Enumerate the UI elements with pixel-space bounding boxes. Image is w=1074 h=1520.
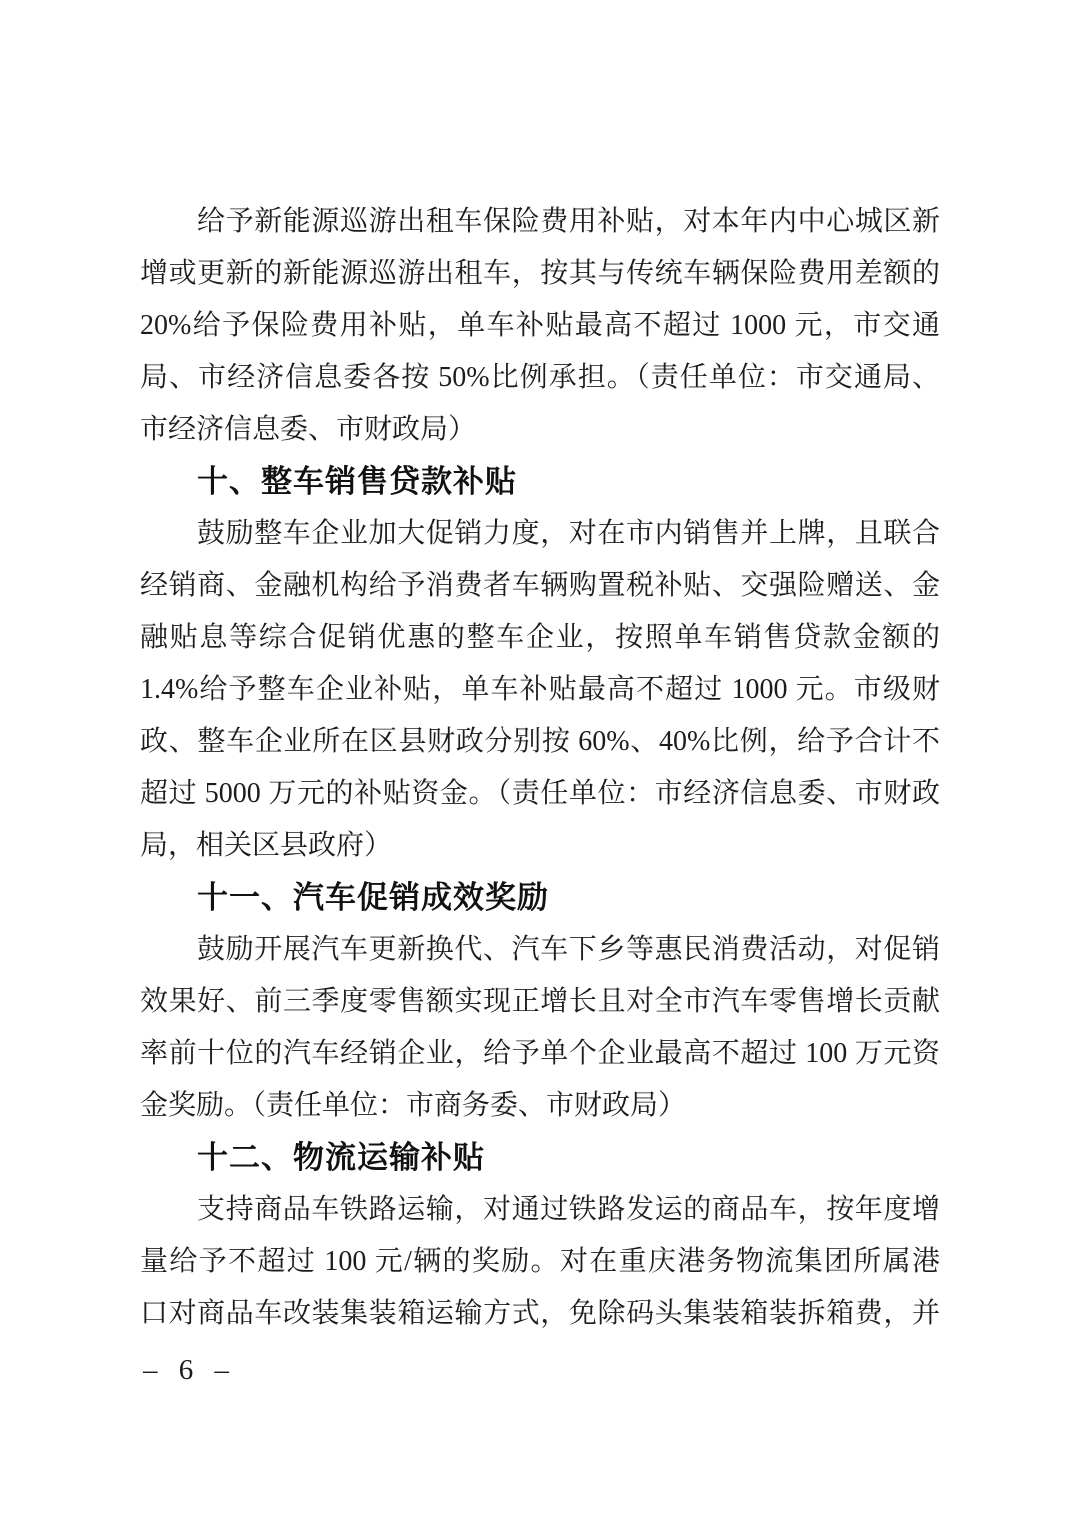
text-line: 20%给予保险费用补贴，单车补贴最高不超过 1000 元，市交通 [140,300,940,352]
text-line: 口对商品车改装集装箱运输方式，免除码头集装箱装拆箱费，并 [140,1288,940,1340]
document-body: 给予新能源巡游出租车保险费用补贴，对本年内中心城区新增或更新的新能源巡游出租车，… [140,196,940,1340]
text-line: 量给予不超过 100 元/辆的奖励。对在重庆港务物流集团所属港 [140,1236,940,1288]
text-line: 鼓励整车企业加大促销力度，对在市内销售并上牌，且联合 [140,508,940,560]
text-line: 增或更新的新能源巡游出租车，按其与传统车辆保险费用差额的 [140,248,940,300]
text-line: 给予新能源巡游出租车保险费用补贴，对本年内中心城区新 [140,196,940,248]
text-line: 鼓励开展汽车更新换代、汽车下乡等惠民消费活动，对促销 [140,924,940,976]
text-line: 市经济信息委、市财政局） [140,404,940,456]
document-page: 给予新能源巡游出租车保险费用补贴，对本年内中心城区新增或更新的新能源巡游出租车，… [0,0,1074,1520]
text-line: 局，相关区县政府） [140,820,940,872]
text-line: 支持商品车铁路运输，对通过铁路发运的商品车，按年度增 [140,1184,940,1236]
text-line: 1.4%给予整车企业补贴，单车补贴最高不超过 1000 元。市级财 [140,664,940,716]
text-line: 效果好、前三季度零售额实现正增长且对全市汽车零售增长贡献 [140,976,940,1028]
section-heading: 十一、汽车促销成效奖励 [140,872,940,924]
section-heading: 十二、物流运输补贴 [140,1132,940,1184]
text-line: 政、整车企业所在区县财政分别按 60%、40%比例，给予合计不 [140,716,940,768]
text-line: 局、市经济信息委各按 50%比例承担。（责任单位：市交通局、 [140,352,940,404]
text-line: 金奖励。（责任单位：市商务委、市财政局） [140,1080,940,1132]
text-line: 超过 5000 万元的补贴资金。（责任单位：市经济信息委、市财政 [140,768,940,820]
text-line: 融贴息等综合促销优惠的整车企业，按照单车销售贷款金额的 [140,612,940,664]
text-line: 率前十位的汽车经销企业，给予单个企业最高不超过 100 万元资 [140,1028,940,1080]
page-number: – 6 – [143,1350,236,1390]
text-line: 经销商、金融机构给予消费者车辆购置税补贴、交强险赠送、金 [140,560,940,612]
section-heading: 十、整车销售贷款补贴 [140,456,940,508]
